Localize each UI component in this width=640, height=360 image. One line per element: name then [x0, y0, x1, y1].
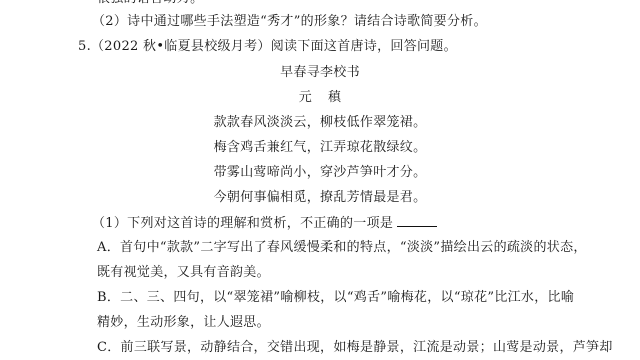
poem-line: 梅含鸡舌兼红气，江弄琼花散绿纹。 [0, 140, 640, 156]
answer-blank [397, 215, 437, 227]
option-a-line-1: A．首句中“款款”二字写出了春风缓慢柔和的特点，“淡淡”描绘出云的疏淡的状态， [97, 240, 587, 256]
question-4-part-2: （2）诗中通过哪些手法塑造“秀才”的形象？请结合诗歌简要分析。 [92, 14, 487, 30]
poem-author: 元稹 [0, 90, 640, 106]
question-5-header: 5.（2022 秋•临夏县校级月考）阅读下面这首唐诗，回答问题。 [78, 39, 457, 55]
option-b-line-1: B．二、三、四句，以“翠笼裙”喻柳枝，以“鸡舌”喻梅花，以“琼花”比江水，比喻 [97, 290, 574, 306]
cut-off-text: 很强的语言动力。 [97, 0, 203, 7]
option-b-line-2: 精妙，生动形象，让人遐思。 [97, 315, 270, 331]
option-a-line-2: 既有视觉美，又具有音韵美。 [97, 265, 270, 281]
poem-line: 带雾山莺啼尚小，穿沙芦笋叶才分。 [0, 165, 640, 181]
poem-line: 款款春风淡淡云，柳枝低作翠笼裙。 [0, 115, 640, 131]
poem-line: 今朝何事偏相觅，撩乱芳情最是君。 [0, 190, 640, 206]
poem-title: 早春寻李校书 [0, 65, 640, 81]
question-5-part-1: （1）下列对这首诗的理解和赏析，不正确的一项是 [92, 215, 437, 232]
option-c-line-1: C．前三联写景，动静结合，交错出现，如梅是静景，江流是动景；山莺是动景，芦笋却 [97, 340, 613, 356]
